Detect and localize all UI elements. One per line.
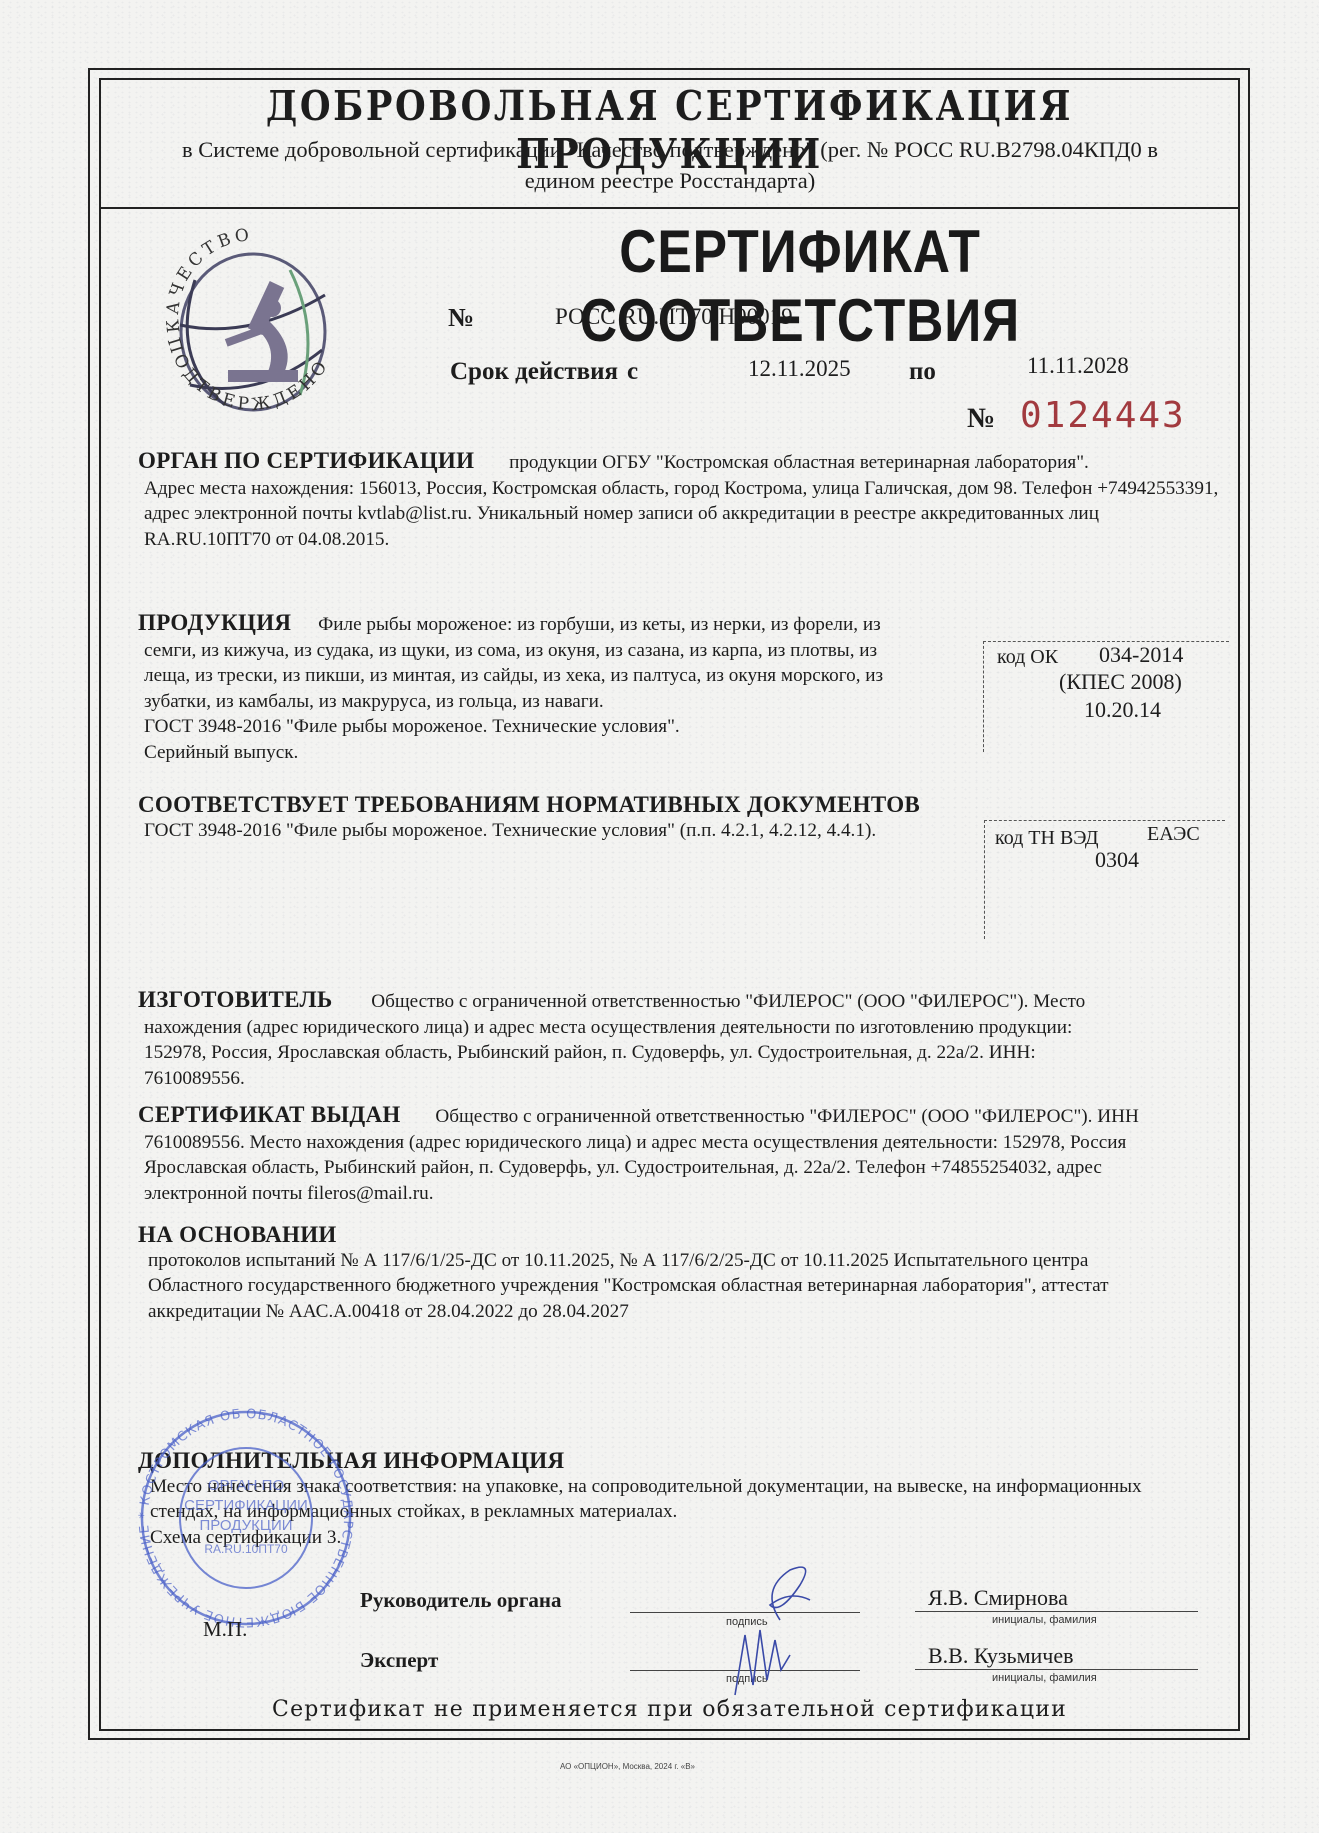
expert-role-label: Эксперт bbox=[360, 1648, 438, 1673]
certification-body-first-line: продукции ОГБУ "Костромская областная ве… bbox=[509, 452, 1089, 473]
basis-line: протоколов испытаний № А 117/6/1/25-ДС о… bbox=[138, 1248, 1228, 1274]
okpd-classifier: (КПЕС 2008) bbox=[1059, 669, 1182, 695]
manufacturer-line: 7610089556. bbox=[138, 1066, 1228, 1092]
issued-to-section: СЕРТИФИКАТ ВЫДАН Общество с ограниченной… bbox=[138, 1102, 1238, 1206]
head-role-label: Руководитель органа bbox=[360, 1588, 562, 1613]
products-line: зубатки, из камбалы, из макруруса, из го… bbox=[138, 689, 998, 715]
valid-to-date: 11.11.2028 bbox=[1027, 353, 1129, 379]
serial-sign: № bbox=[967, 403, 995, 435]
round-seal-stamp-icon: ОБЛАСТНОЕ ГОСУДАРСТВЕННОЕ БЮДЖЕТНОЕ УЧРЕ… bbox=[132, 1398, 360, 1643]
valid-from-date: 12.11.2025 bbox=[748, 356, 851, 382]
tnved-code-box: код ТН ВЭД ЕАЭС 0304 bbox=[984, 820, 1225, 939]
logo-text-top: КАЧЕСТВО bbox=[163, 225, 254, 334]
manufacturer-line: нахождения (адрес юридического лица) и а… bbox=[138, 1015, 1228, 1041]
validity-label: Срок действия bbox=[450, 358, 618, 386]
okpd-code-value: 10.20.14 bbox=[1084, 697, 1161, 723]
issued-to-heading: СЕРТИФИКАТ ВЫДАН bbox=[138, 1102, 401, 1127]
products-line: Серийный выпуск. bbox=[138, 740, 998, 766]
basis-heading: НА ОСНОВАНИИ bbox=[138, 1222, 1228, 1248]
basis-section: НА ОСНОВАНИИ протоколов испытаний № А 11… bbox=[138, 1222, 1228, 1324]
products-line: ГОСТ 3948-2016 "Филе рыбы мороженое. Тех… bbox=[138, 714, 998, 740]
products-section: ПРОДУКЦИЯ Филе рыбы мороженое: из горбуш… bbox=[138, 610, 998, 765]
manufacturer-first-line: Общество с ограниченной ответственностью… bbox=[371, 991, 1085, 1012]
certificate-number: РОСС RU.ПТ70.Н00019 bbox=[555, 304, 793, 330]
expert-name-line bbox=[915, 1669, 1198, 1670]
manufacturer-heading: ИЗГОТОВИТЕЛЬ bbox=[138, 987, 332, 1012]
okpd-standard: 034-2014 bbox=[1099, 642, 1183, 668]
okpd-code-box: код ОК 034-2014 (КПЕС 2008) 10.20.14 bbox=[983, 641, 1229, 752]
issued-to-first-line: Общество с ограниченной ответственностью… bbox=[435, 1106, 1138, 1127]
microscope-globe-logo-icon: КАЧЕСТВО ПОДТВЕРЖДЕНО bbox=[150, 220, 355, 435]
mp-label: М.П. bbox=[203, 1617, 247, 1642]
stamp-center-line: СЕРТИФИКАЦИИ bbox=[184, 1497, 308, 1514]
products-line: леща, из трески, из пикши, из минтая, из… bbox=[138, 663, 998, 689]
head-name-line bbox=[915, 1611, 1198, 1612]
stamp-center-line: RA.RU.10ПТ70 bbox=[204, 1542, 288, 1556]
basis-line: аккредитации № ААС.А.00418 от 28.04.2022… bbox=[138, 1299, 1228, 1325]
validity-from-label: с bbox=[627, 358, 638, 386]
blank-serial-number: 0124443 bbox=[1020, 395, 1186, 436]
issued-to-line: 7610089556. Место нахождения (адрес юрид… bbox=[138, 1130, 1238, 1156]
okpd-code-label: код ОК bbox=[997, 646, 1058, 669]
tnved-suffix: ЕАЭС bbox=[1147, 823, 1200, 846]
tnved-code-value: 0304 bbox=[1095, 847, 1139, 873]
products-first-line: Филе рыбы мороженое: из горбуши, из кеты… bbox=[318, 614, 881, 635]
printer-imprint: АО «ОПЦИОН», Москва, 2024 г. «В» bbox=[560, 1762, 695, 1771]
system-subtitle: в Системе добровольной сертификации "Кач… bbox=[110, 134, 1230, 196]
certification-body-text: Адрес места нахождения: 156013, Россия, … bbox=[138, 476, 1224, 553]
stamp-center-line: ОРГАН ПО bbox=[208, 1477, 284, 1494]
issued-to-line: Ярославская область, Рыбинский район, п.… bbox=[138, 1155, 1238, 1181]
manufacturer-line: 152978, Россия, Ярославская область, Рыб… bbox=[138, 1040, 1228, 1066]
issued-to-line: электронной почты fileros@mail.ru. bbox=[138, 1181, 1238, 1207]
head-name: Я.В. Смирнова bbox=[928, 1585, 1068, 1611]
system-subtitle-line1: в Системе добровольной сертификации "Кач… bbox=[110, 134, 1230, 165]
certification-body-heading: ОРГАН ПО СЕРТИФИКАЦИИ bbox=[138, 448, 474, 473]
number-sign: № bbox=[448, 303, 474, 333]
validity-to-label: по bbox=[909, 358, 936, 386]
head-name-caption: инициалы, фамилия bbox=[992, 1614, 1097, 1626]
compliance-heading: СООТВЕТСТВУЕТ ТРЕБОВАНИЯМ НОРМАТИВНЫХ ДО… bbox=[138, 792, 1228, 818]
certificate-title: СЕРТИФИКАТ СООТВЕТСТВИЯ bbox=[439, 217, 1161, 355]
basis-line: Областного государственного бюджетного у… bbox=[138, 1273, 1228, 1299]
header-divider bbox=[99, 207, 1240, 209]
system-subtitle-line2: едином реестре Росстандарта) bbox=[110, 165, 1230, 196]
manufacturer-section: ИЗГОТОВИТЕЛЬ Общество с ограниченной отв… bbox=[138, 987, 1228, 1091]
tnved-code-label: код ТН ВЭД bbox=[995, 827, 1098, 850]
svg-text:КАЧЕСТВО: КАЧЕСТВО bbox=[163, 225, 254, 334]
products-line: семги, из кижуча, из судака, из щуки, из… bbox=[138, 638, 998, 664]
products-heading: ПРОДУКЦИЯ bbox=[138, 610, 291, 635]
stamp-center-line: ПРОДУКЦИИ bbox=[199, 1517, 292, 1534]
expert-name-caption: инициалы, фамилия bbox=[992, 1672, 1097, 1684]
expert-signature-icon bbox=[715, 1615, 805, 1705]
footer-note: Сертификат не применяется при обязательн… bbox=[99, 1697, 1240, 1722]
expert-name: В.В. Кузьмичев bbox=[928, 1643, 1074, 1669]
certification-body-section: ОРГАН ПО СЕРТИФИКАЦИИ продукции ОГБУ "Ко… bbox=[138, 448, 1228, 552]
